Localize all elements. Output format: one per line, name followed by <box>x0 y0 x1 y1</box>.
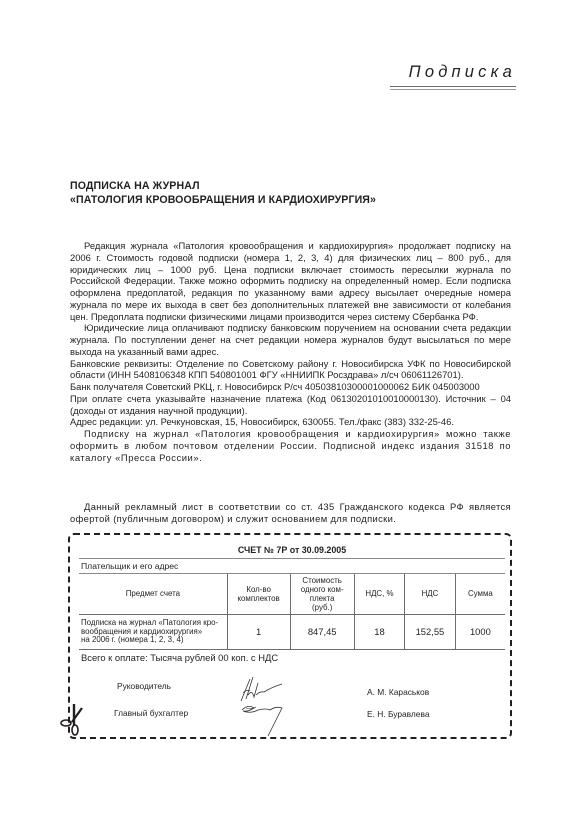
invoice: СЧЕТ № 7Р от 30.09.2005 Плательщик и его… <box>79 543 505 664</box>
paragraph-postal-subscription: Подписку на журнал «Патология кровообращ… <box>70 428 511 463</box>
col-unit-cost-line: плекта <box>293 594 352 603</box>
section-label: Подписка <box>390 62 516 82</box>
accountant-signature-icon <box>238 702 286 738</box>
header-rule-secondary <box>390 89 516 90</box>
cell-subject: Подписка на журнал «Патология кро- вообр… <box>79 615 227 650</box>
cell-sum: 1000 <box>455 615 505 650</box>
paragraph-payment-code: При оплате счета указывайте назначение п… <box>70 393 511 417</box>
director-signature-icon <box>238 675 286 703</box>
paragraph-address: Адрес редакции: ул. Речкуновская, 15, Но… <box>70 416 511 428</box>
offer-text: Данный рекламный лист в соответствии со … <box>70 501 511 525</box>
paragraph-bank-account: Банк получателя Советский РКЦ, г. Новоси… <box>70 381 511 393</box>
subject-line: на 2006 г. (номера 1, 2, 3, 4) <box>81 636 225 645</box>
body-text: Редакция журнала «Патология кровообращен… <box>70 240 511 463</box>
title-line-2: «ПАТОЛОГИЯ КРОВООБРАЩЕНИЯ И КАРДИОХИРУРГ… <box>70 194 376 208</box>
offer-notice: Данный рекламный лист в соответствии со … <box>70 501 511 525</box>
table-header-row: Предмет счета Кол-во комплектов Стоимост… <box>79 574 505 615</box>
director-role: Руководитель <box>117 681 171 691</box>
col-quantity-line: комплектов <box>230 594 288 603</box>
paragraph-bank-details: Банковские реквизиты: Отделение по Совет… <box>70 358 511 382</box>
col-unit-cost-line: (руб.) <box>293 603 352 612</box>
scissors-icon <box>60 702 86 738</box>
col-unit-cost-line: Стоимость <box>293 576 352 585</box>
cell-vat-percent: 18 <box>354 615 404 650</box>
section-header: Подписка <box>390 62 516 90</box>
col-vat: НДС <box>405 574 456 615</box>
col-unit-cost: Стоимость одного ком- плекта (руб.) <box>290 574 354 615</box>
cell-quantity: 1 <box>227 615 290 650</box>
invoice-title: СЧЕТ № 7Р от 30.09.2005 <box>79 543 505 559</box>
col-quantity-line: Кол-во <box>230 585 288 594</box>
cell-vat: 152,55 <box>405 615 456 650</box>
invoice-total: Всего к оплате: Тысяча рублей 00 коп. с … <box>79 652 505 664</box>
paragraph-legal-entities: Юридические лица оплачивают подписку бан… <box>70 322 511 357</box>
accountant-role: Главный бухгалтер <box>114 708 188 718</box>
director-name: А. М. Караськов <box>367 687 429 697</box>
col-subject: Предмет счета <box>79 574 227 615</box>
col-unit-cost-line: одного ком- <box>293 585 352 594</box>
table-row: Подписка на журнал «Патология кро- вообр… <box>79 615 505 650</box>
col-quantity: Кол-во комплектов <box>227 574 290 615</box>
paragraph-intro: Редакция журнала «Патология кровообращен… <box>70 240 511 322</box>
title-line-1: ПОДПИСКА НА ЖУРНАЛ <box>70 180 376 194</box>
cell-unit-cost: 847,45 <box>290 615 354 650</box>
payer-field: Плательщик и его адрес <box>79 559 505 574</box>
header-rule <box>390 86 516 87</box>
col-vat-percent: НДС, % <box>354 574 404 615</box>
col-sum: Сумма <box>455 574 505 615</box>
invoice-table: Предмет счета Кол-во комплектов Стоимост… <box>79 574 505 650</box>
article-title: ПОДПИСКА НА ЖУРНАЛ «ПАТОЛОГИЯ КРОВООБРАЩ… <box>70 180 376 207</box>
accountant-name: Е. Н. Буравлева <box>367 709 429 719</box>
